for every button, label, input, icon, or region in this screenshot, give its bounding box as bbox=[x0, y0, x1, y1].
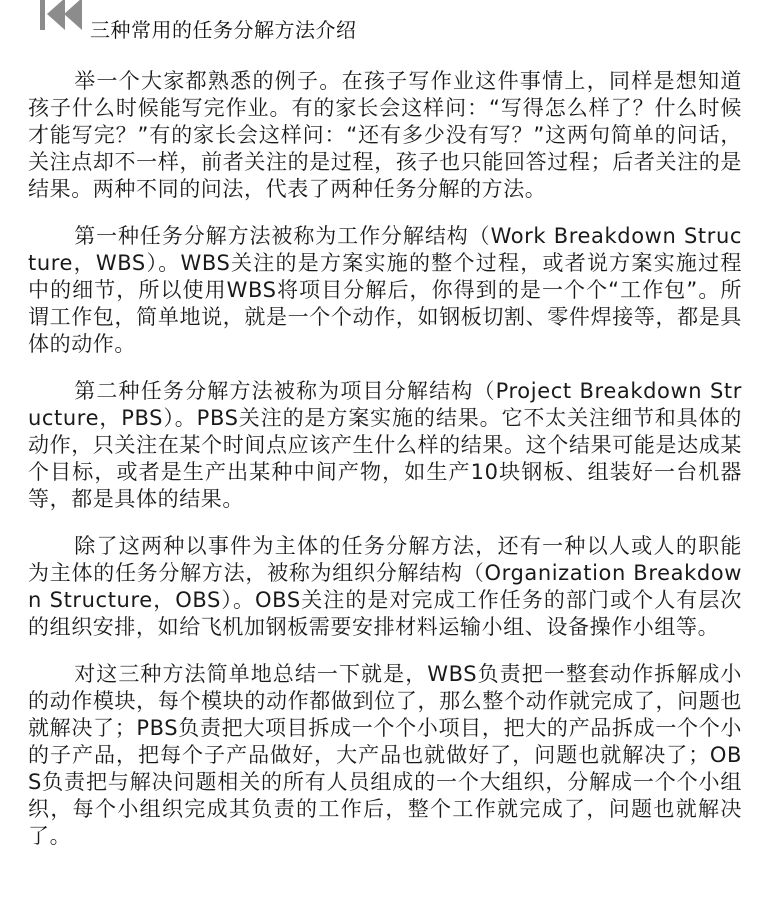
paragraph-obs: 除了这两种以事件为主体的任务分解方法，还有一种以人或人的职能为主体的任务分解方法… bbox=[28, 533, 742, 641]
paragraph-summary: 对这三种方法简单地总结一下就是，WBS负责把一整套动作拆解成小的动作模块，每个模… bbox=[28, 661, 742, 850]
article-body: 举一个大家都熟悉的例子。在孩子写作业这件事情上，同样是想知道孩子什么时候能写完作… bbox=[28, 68, 742, 870]
back-icon-triangle bbox=[64, 0, 82, 30]
paragraph-pbs: 第二种任务分解方法被称为项目分解结构（Project Breakdown Str… bbox=[28, 378, 742, 513]
back-icon-bar bbox=[40, 0, 45, 30]
section-title: 三种常用的任务分解方法介绍 bbox=[90, 18, 357, 42]
paragraph-wbs: 第一种任务分解方法被称为工作分解结构（Work Breakdown Struct… bbox=[28, 223, 742, 358]
back-icon-triangle bbox=[47, 0, 65, 30]
paragraph-example: 举一个大家都熟悉的例子。在孩子写作业这件事情上，同样是想知道孩子什么时候能写完作… bbox=[28, 68, 742, 203]
section-header: 三种常用的任务分解方法介绍 bbox=[38, 0, 357, 44]
double-chevron-left-icon[interactable] bbox=[38, 0, 82, 32]
